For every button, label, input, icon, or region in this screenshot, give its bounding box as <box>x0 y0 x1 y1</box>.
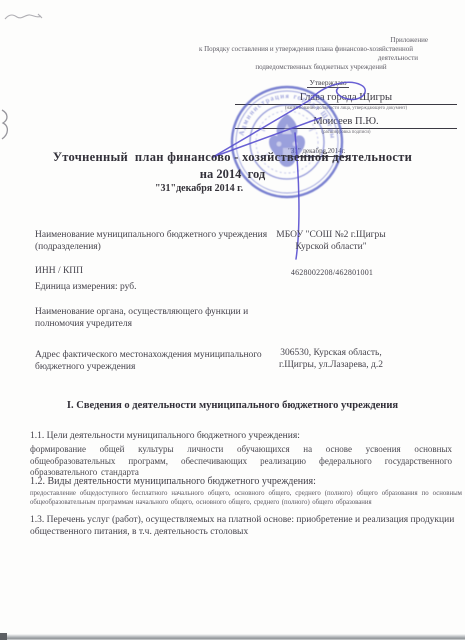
edge-ink-mark <box>0 108 12 142</box>
document-title: Уточненный план финансово - хозяйственно… <box>0 150 465 165</box>
field-value-inn-kpp: 4628002208/462801001 <box>268 267 396 279</box>
field-label-inn-kpp: ИНН / КПП <box>35 265 280 277</box>
scan-bottom-edge <box>0 634 465 640</box>
appendix-note: Приложение к Порядку составления и утвер… <box>172 36 440 72</box>
clause-1-2-body: предоставление общедоступного бесплатног… <box>30 490 462 507</box>
field-label-founder-body: Наименование органа, осуществляющего фун… <box>35 306 280 330</box>
scan-corner-artifact <box>0 633 7 640</box>
appendix-line: подведомственных бюджетных учреждений <box>172 63 440 72</box>
clause-1-1-body: формирование общей культуры личности обу… <box>30 444 452 479</box>
field-label-address: Адрес фактического местонахождения муниц… <box>35 349 265 373</box>
document-subtitle: на 2014 год <box>0 167 465 182</box>
field-value-institution: МБОУ "СОШ №2 г.Щигры Курской области" <box>272 229 390 253</box>
document-date: "31"декабря 2014 г. <box>155 183 243 194</box>
field-label-institution: Наименование муниципального бюджетного у… <box>35 229 280 253</box>
section-1-heading: I. Сведения о деятельности муниципальног… <box>0 400 465 411</box>
pencil-scribble-mark <box>2 5 44 27</box>
appendix-line: Приложение <box>172 36 440 45</box>
field-label-unit: Единица измерения: руб. <box>35 281 280 293</box>
clause-1-1-title: 1.1. Цели деятельности муниципального бю… <box>30 431 460 441</box>
clause-1-3-text: 1.3. Перечень услуг (работ), осуществляе… <box>30 514 458 538</box>
appendix-line: к Порядку составления и утверждения план… <box>172 45 440 54</box>
field-value-address: 306530, Курская область, г.Щигры, ул.Лаз… <box>275 347 387 371</box>
appendix-line: деятельности <box>172 54 440 63</box>
clause-1-2-title: 1.2. Виды деятельности муниципального бю… <box>30 476 460 487</box>
scanned-document-page: Приложение к Порядку составления и утвер… <box>0 0 465 640</box>
